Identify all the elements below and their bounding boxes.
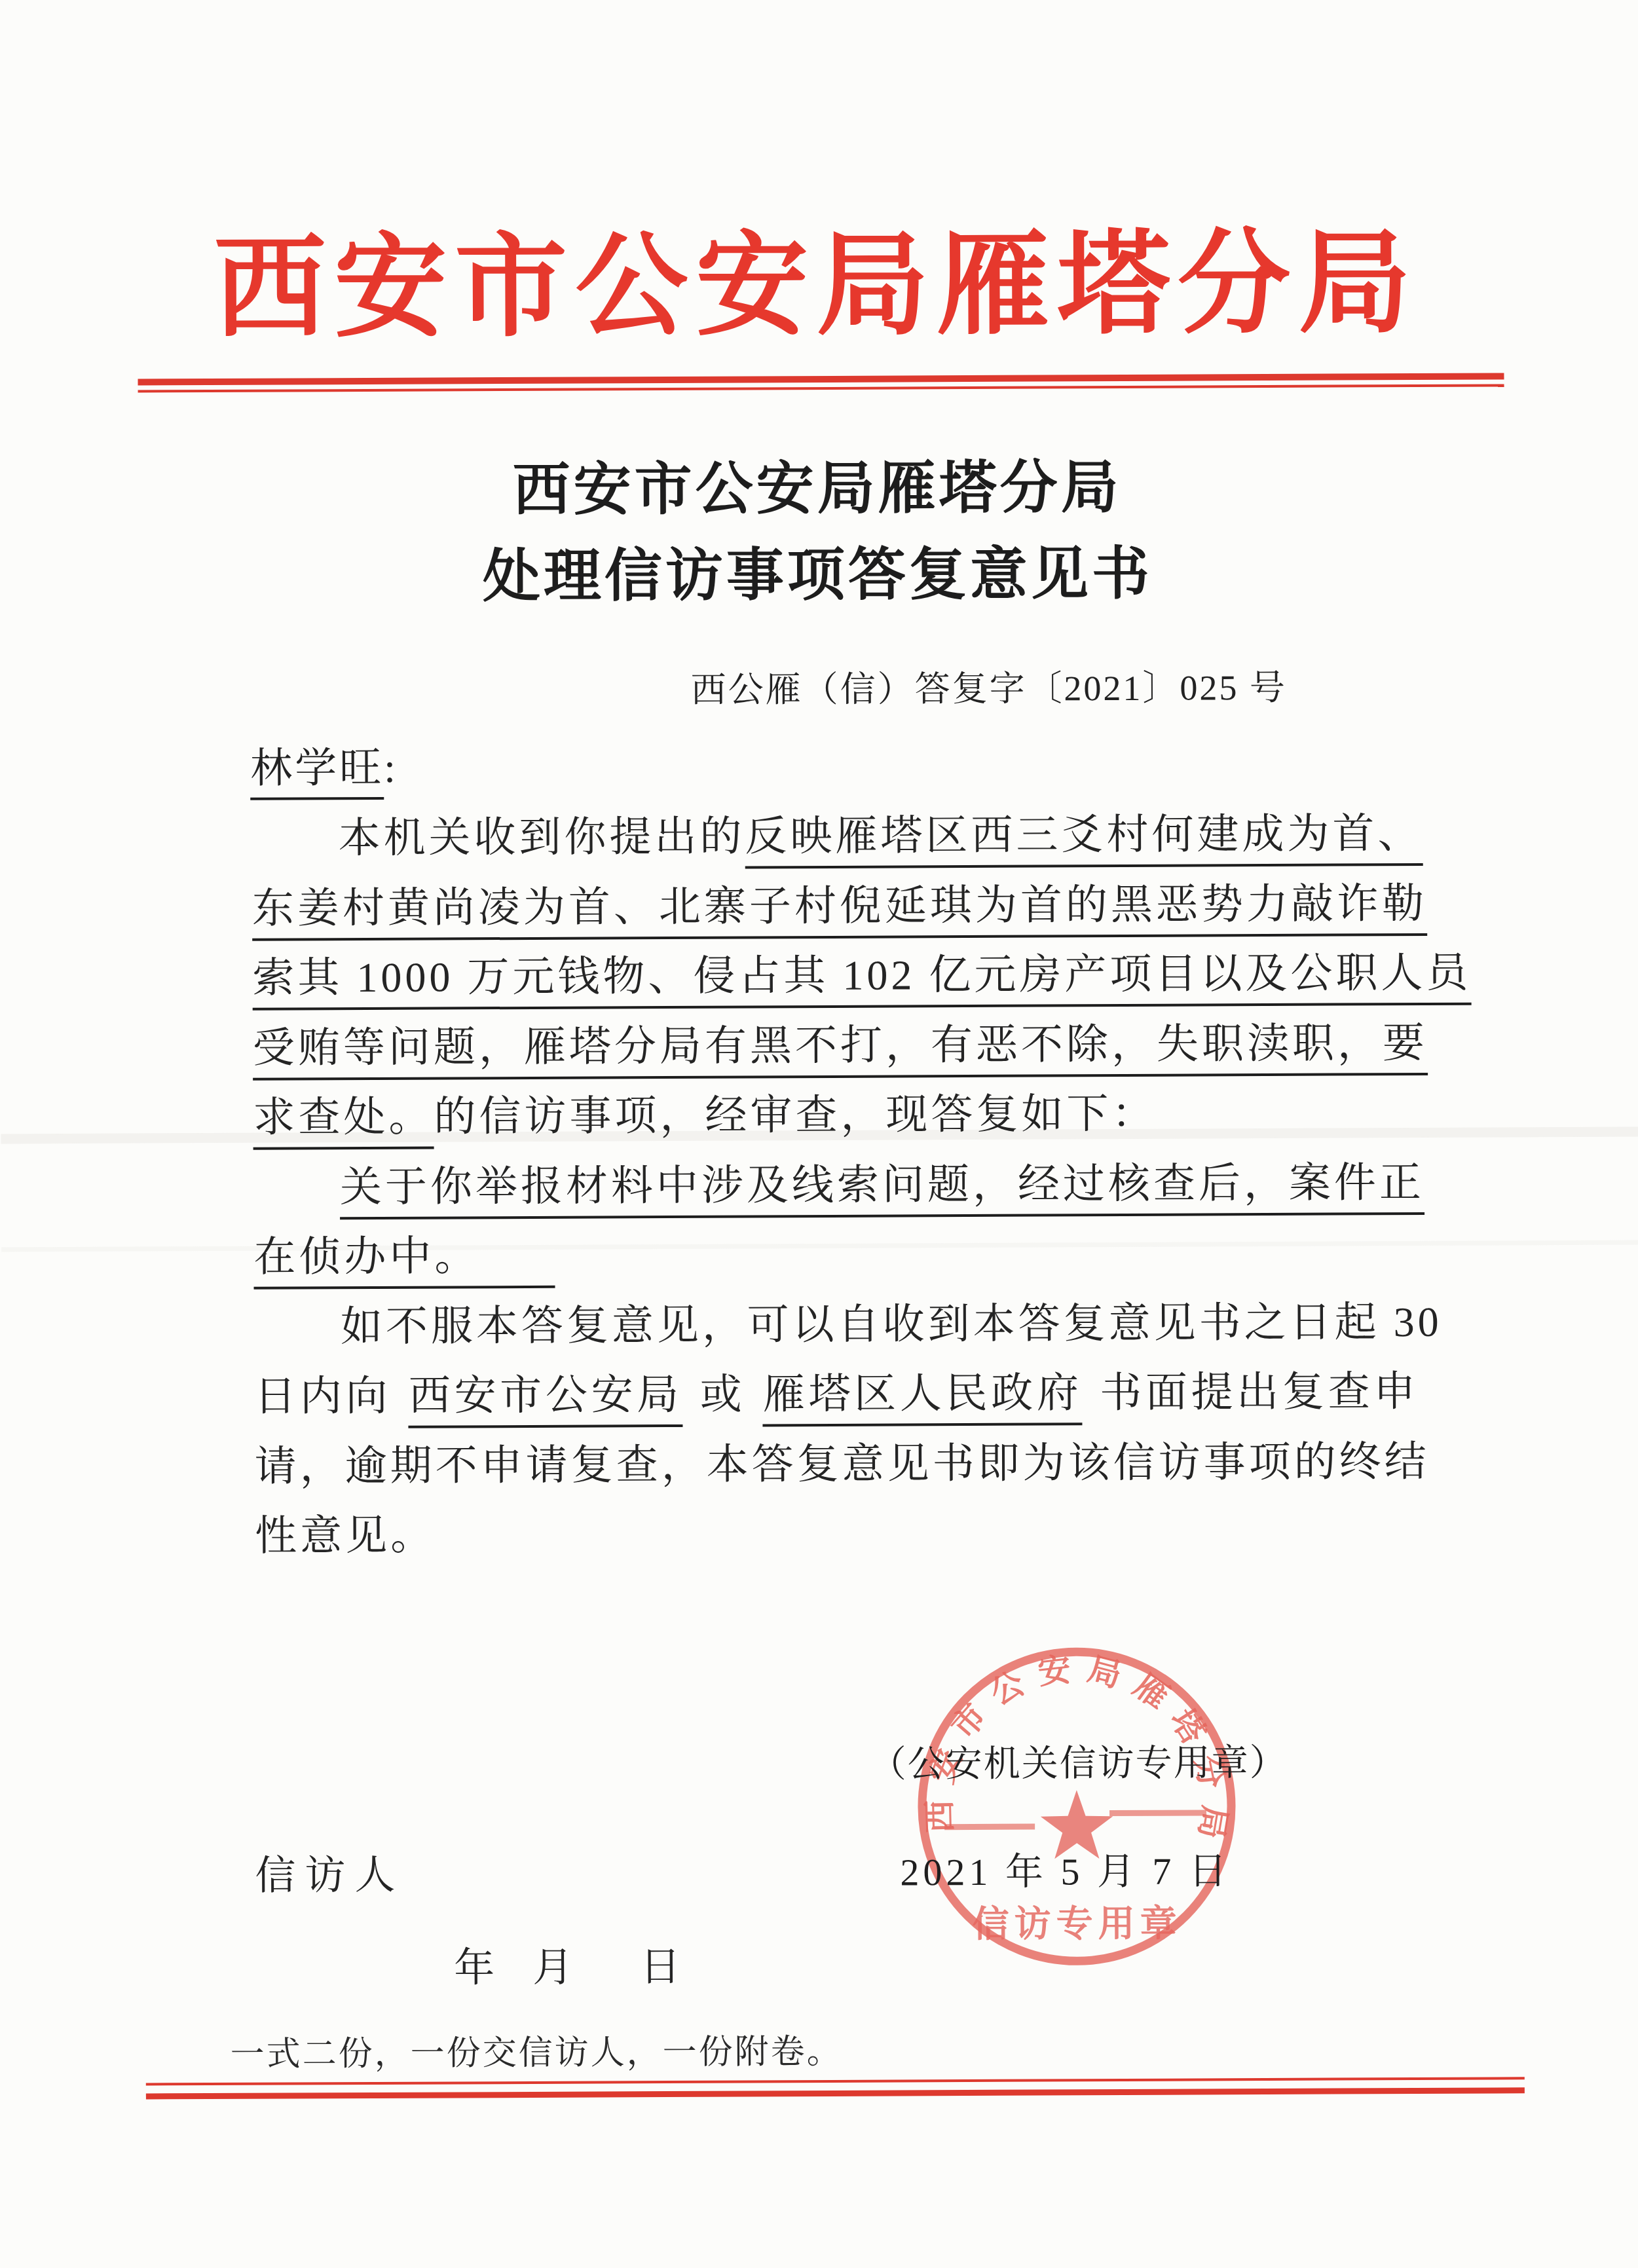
paragraph1-line3: 索其 1000 万元钱物、侵占其 102 亿元房产项目以及公职人员: [252, 944, 1417, 1019]
p3-l2-post: 书面提出复查申: [1099, 1368, 1419, 1416]
official-seal-stamp: 西安市公安局雁塔分局 信访专用章: [912, 1642, 1241, 1977]
year-label: 年: [454, 1946, 494, 1990]
p1-l4-underlined: 受贿等问题，雁塔分局有黑不打，有恶不除，失职渎职，要: [253, 1019, 1428, 1080]
letterhead-title: 西安市公安局雁塔分局: [0, 192, 1635, 361]
p3-l3-text: 请，逾期不申请复查，本答复意见书即为该信访事项的终结: [255, 1438, 1430, 1489]
month-label: 月: [532, 1946, 573, 1990]
p1-l5-underlined: 求查处。: [253, 1094, 434, 1150]
p3-l4-text: 性意见。: [255, 1512, 436, 1559]
paragraph3-line3: 请，逾期不申请复查，本答复意见书即为该信访事项的终结: [255, 1433, 1419, 1508]
paragraph2-line1: 关于你举报材料中涉及线索问题，经过核查后，案件正: [253, 1154, 1418, 1229]
p3-l1-text: 如不服本答复意见，可以自收到本答复意见书之日起 30: [341, 1298, 1442, 1349]
paragraph1-line2: 东姜村黄尚凌为首、北寨子村倪延琪为首的黑恶势力敲诈勒: [252, 875, 1417, 950]
distribution-note: 一式二份，一份交信访人，一份附卷。: [230, 2024, 842, 2075]
p3-l2-review-org1: 西安市公安局: [408, 1371, 682, 1428]
paragraph3-line1: 如不服本答复意见，可以自收到本答复意见书之日起 30: [254, 1293, 1419, 1368]
paragraph1-line4: 受贿等问题，雁塔分局有黑不打，有恶不除，失职渎职，要: [253, 1014, 1417, 1089]
p3-l2-pre: 日内向: [254, 1373, 391, 1420]
header-rule-thick: [138, 373, 1504, 385]
blank-date-line: 年月日: [454, 1934, 680, 1994]
paragraph1-line5: 求查处。的信访事项，经审查，现答复如下：: [253, 1084, 1417, 1159]
footer-rule-thick: [146, 2087, 1525, 2099]
seal-bottom-text: 信访专用章: [973, 1904, 1182, 1945]
letter-body: 本机关收到你提出的反映雁塔区西三爻村何建成为首、 东姜村黄尚凌为首、北寨子村倪延…: [251, 805, 1419, 1577]
p3-l2-review-org2: 雁塔区人民政府: [762, 1369, 1083, 1426]
p1-l2-underlined: 东姜村黄尚凌为首、北寨子村倪延琪为首的黑恶势力敲诈勒: [252, 880, 1427, 940]
seal-annotation: （公安机关信访专用章）: [870, 1734, 1288, 1788]
p1-l5-plain: 的信访事项，经审查，现答复如下：: [434, 1090, 1157, 1140]
paragraph3-line2: 日内向西安市公安局或雁塔区人民政府书面提出复查申: [254, 1363, 1419, 1438]
paragraph3-line4: 性意见。: [255, 1502, 1419, 1577]
paragraph1-line1: 本机关收到你提出的反映雁塔区西三爻村何建成为首、: [251, 805, 1416, 880]
paragraph2-line2: 在侦办中。: [253, 1223, 1418, 1298]
p1-l1-underlined: 反映雁塔区西三爻村何建成为首、: [745, 810, 1423, 869]
day-label: 日: [640, 1945, 680, 1990]
document-title-line1: 西安市公安局雁塔分局: [0, 439, 1636, 529]
seal-right-dash: [1109, 1810, 1206, 1816]
addressee-name: 林学旺: [250, 745, 384, 800]
scanned-content: 西安市公安局雁塔分局 西安市公安局雁塔分局 处理信访事项答复意见书 西公雁（信）…: [0, 0, 1638, 2268]
p1-l3-underlined: 索其 1000 万元钱物、侵占其 102 亿元房产项目以及公职人员: [252, 950, 1471, 1011]
header-rule-thin: [138, 384, 1504, 392]
p2-l2-underlined: 在侦办中。: [253, 1233, 555, 1290]
p2-l1-underlined: 关于你举报材料中涉及线索问题，经过核查后，案件正: [340, 1159, 1424, 1219]
footer-rule-thin: [146, 2077, 1525, 2085]
seal-left-dash: [944, 1824, 1035, 1831]
salutation: 林学旺:: [250, 734, 398, 795]
document-number: 西公雁（信）答复字〔2021〕025 号: [690, 660, 1287, 713]
p1-l1-plain: 本机关收到你提出的: [338, 813, 745, 861]
p3-l2-or: 或: [699, 1371, 746, 1417]
petitioner-label: 信访人: [255, 1842, 404, 1901]
signature-date: 2021 年 5 月 7 日: [900, 1840, 1231, 1896]
document-page: 西安市公安局雁塔分局 西安市公安局雁塔分局 处理信访事项答复意见书 西公雁（信）…: [0, 0, 1638, 2268]
salutation-colon: :: [384, 745, 398, 791]
document-title-line2: 处理信访事项答复意见书: [0, 526, 1637, 616]
